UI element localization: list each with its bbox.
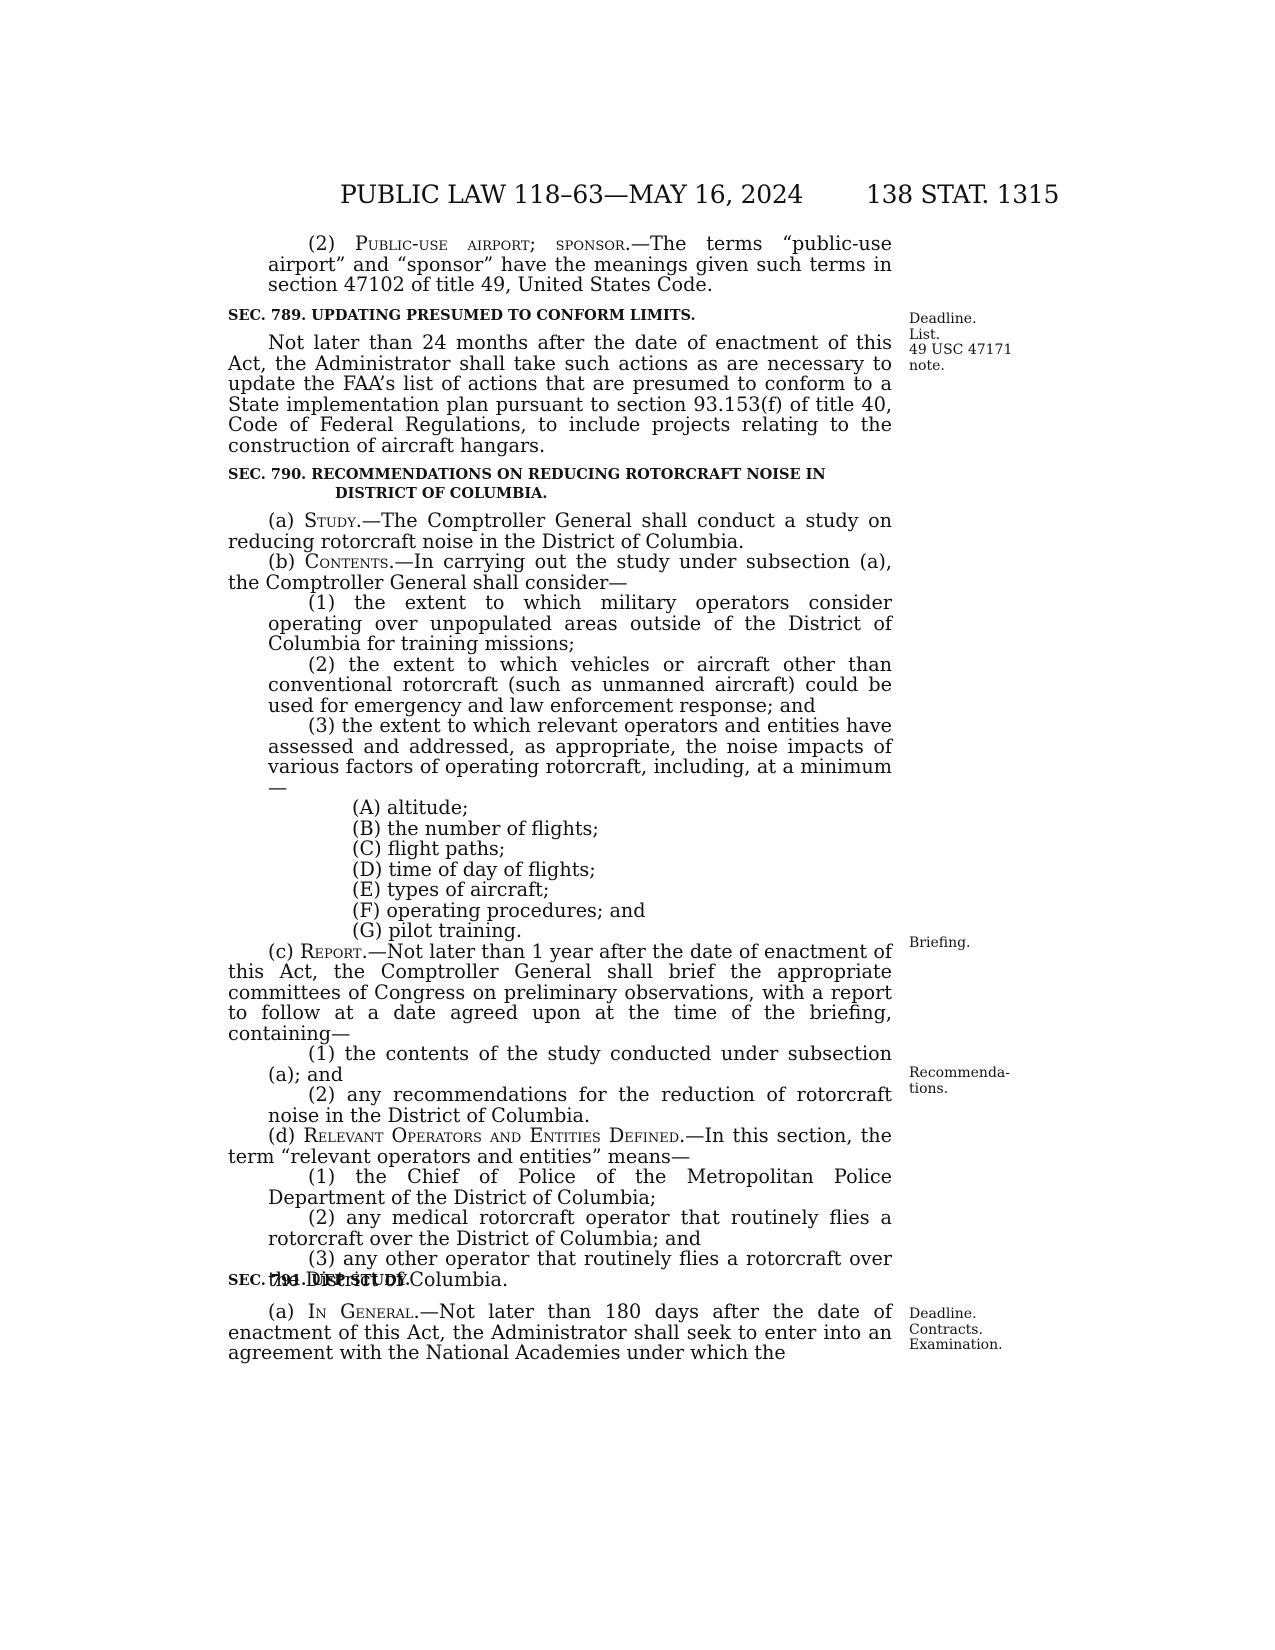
section-791-margin-notes: Deadline. Contracts. Examination. xyxy=(909,1307,1003,1354)
page-header-statute-citation: 138 STAT. 1315 xyxy=(866,180,1059,209)
list-item: (2) any recommendations for the reductio… xyxy=(268,1085,892,1126)
sub-list-item: (B) the number of flights; xyxy=(352,819,892,840)
subsection-d-definitions: (d) Relevant Operators and Entities Defi… xyxy=(228,1126,892,1167)
subsection-c-report: (c) Report.—Not later than 1 year after … xyxy=(228,942,892,1045)
margin-note: tions. xyxy=(909,1082,1010,1098)
sub-list-item: (C) flight paths; xyxy=(352,839,892,860)
list-item: (2) any medical rotorcraft operator that… xyxy=(268,1208,892,1249)
margin-note: 49 USC 47171 xyxy=(909,343,1012,359)
section-789-title: SEC. 789. UPDATING PRESUMED TO CONFORM L… xyxy=(228,306,892,325)
sub-list-item: (F) operating procedures; and xyxy=(352,901,892,922)
page-header-title: PUBLIC LAW 118–63—MAY 16, 2024 xyxy=(340,180,803,209)
list-item: (1) the contents of the study conducted … xyxy=(268,1044,892,1085)
margin-note: Examination. xyxy=(909,1338,1003,1354)
list-item: (2) the extent to which vehicles or airc… xyxy=(268,655,892,717)
section-789: SEC. 789. UPDATING PRESUMED TO CONFORM L… xyxy=(228,306,892,456)
section-790: SEC. 790. RECOMMENDATIONS ON REDUCING RO… xyxy=(228,465,892,1290)
list-item: (1) the Chief of Police of the Metropoli… xyxy=(268,1167,892,1208)
subsection-a-study: (a) Study.—The Comptroller General shall… xyxy=(228,511,892,552)
section-789-margin-notes: Deadline. List. 49 USC 47171 note. xyxy=(909,312,1012,374)
list-item: (3) the extent to which relevant operato… xyxy=(268,716,892,798)
section-791: SEC. 791. UFP STUDY. (a) In General.—Not… xyxy=(228,1271,892,1364)
section-790-title-line2: DISTRICT OF COLUMBIA. xyxy=(228,484,892,503)
margin-note: List. xyxy=(909,328,1012,344)
sub-list-item: (E) types of aircraft; xyxy=(352,880,892,901)
sub-list-item: (G) pilot training. xyxy=(352,921,892,942)
sub-list-item: (A) altitude; xyxy=(352,798,892,819)
list-item: (1) the extent to which military operato… xyxy=(268,593,892,655)
section-791-title: SEC. 791. UFP STUDY. xyxy=(228,1271,892,1290)
margin-note: Deadline. xyxy=(909,1307,1003,1323)
subsection-b-contents: (b) Contents.—In carrying out the study … xyxy=(228,552,892,593)
section-789-text: Not later than 24 months after the date … xyxy=(228,333,892,456)
margin-note-briefing: Briefing. xyxy=(909,936,971,952)
sub-list-item: (D) time of day of flights; xyxy=(352,860,892,881)
margin-note: Contracts. xyxy=(909,1323,1003,1339)
paragraph-public-use-airport: (2) Public-use airport; sponsor.—The ter… xyxy=(228,234,892,296)
margin-note: Recommenda- xyxy=(909,1066,1010,1082)
section-790-title-line1: SEC. 790. RECOMMENDATIONS ON REDUCING RO… xyxy=(228,465,892,484)
margin-note: Deadline. xyxy=(909,312,1012,328)
margin-note: note. xyxy=(909,359,1012,375)
margin-note-recommendations: Recommenda- tions. xyxy=(909,1066,1010,1097)
subsection-a-in-general: (a) In General.—Not later than 180 days … xyxy=(228,1302,892,1364)
